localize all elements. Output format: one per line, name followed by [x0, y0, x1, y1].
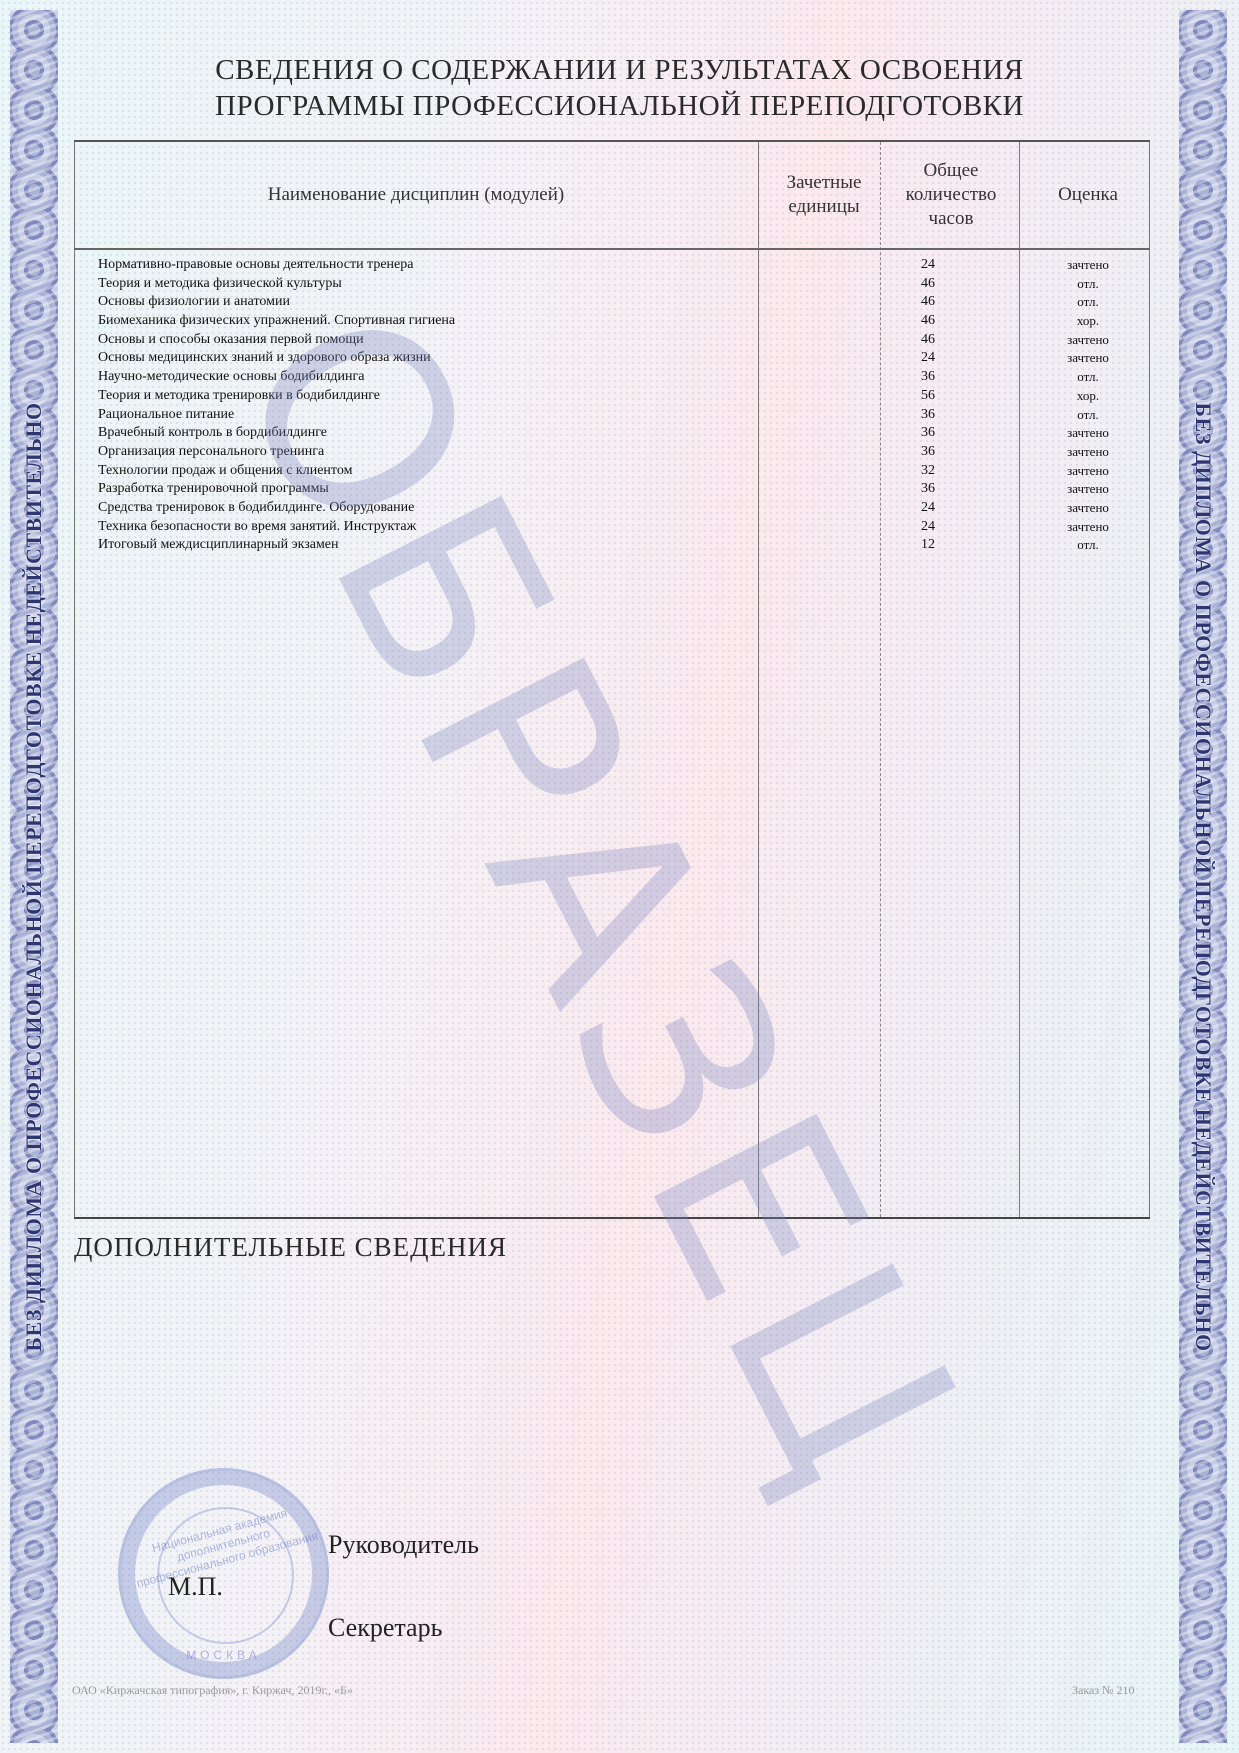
hours-value: 46 [886, 312, 970, 330]
hours-value: 36 [886, 368, 970, 386]
discipline-name: Основы физиологии и анатомии [98, 293, 290, 311]
table-row: Итоговый междисциплинарный экзамен12отл. [74, 536, 1150, 555]
discipline-name: Техника безопасности во время занятий. И… [98, 518, 416, 536]
table-body: Нормативно-правовые основы деятельности … [74, 256, 1150, 555]
table-row: Рациональное питание36отл. [74, 406, 1150, 425]
table-header: Наименование дисциплин (модулей) Зачетны… [74, 142, 1150, 250]
grade-value: отл. [1029, 368, 1147, 386]
order-number: Заказ № 210 [1072, 1683, 1135, 1698]
table-row: Врачебный контроль в бордибилдинге36зачт… [74, 424, 1150, 443]
header-credits: Зачетные единицы [774, 142, 874, 248]
discipline-name: Основы и способы оказания первой помощи [98, 331, 364, 349]
grade-value: хор. [1029, 312, 1147, 330]
table-row: Средства тренировок в бодибилдинге. Обор… [74, 499, 1150, 518]
official-stamp: Национальная академия дополнительного пр… [118, 1468, 329, 1679]
right-security-border: БЕЗ ДИПЛОМА О ПРОФЕССИОНАЛЬНОЙ ПЕРЕПОДГО… [1179, 10, 1227, 1743]
table-row: Основы медицинских знаний и здорового об… [74, 349, 1150, 368]
hours-value: 46 [886, 275, 970, 293]
secretary-signature-label: Секретарь [328, 1613, 442, 1643]
discipline-name: Итоговый междисциплинарный экзамен [98, 536, 339, 554]
grade-value: хор. [1029, 387, 1147, 405]
hours-value: 24 [886, 256, 970, 274]
discipline-name: Нормативно-правовые основы деятельности … [98, 256, 413, 274]
grade-value: зачтено [1029, 256, 1147, 274]
table-row: Техника безопасности во время занятий. И… [74, 518, 1150, 537]
grade-value: отл. [1029, 275, 1147, 293]
discipline-name: Технологии продаж и общения с клиентом [98, 462, 352, 480]
grade-value: зачтено [1029, 518, 1147, 536]
title-line-2: программы профессиональной переподготовк… [0, 88, 1239, 124]
left-security-border: БЕЗ ДИПЛОМА О ПРОФЕССИОНАЛЬНОЙ ПЕРЕПОДГО… [10, 10, 58, 1743]
grade-value: отл. [1029, 293, 1147, 311]
hours-value: 36 [886, 424, 970, 442]
grade-value: зачтено [1029, 331, 1147, 349]
hours-value: 24 [886, 499, 970, 517]
discipline-name: Научно-методические основы бодибилдинга [98, 368, 364, 386]
grade-value: зачтено [1029, 424, 1147, 442]
hours-value: 36 [886, 480, 970, 498]
grade-value: зачтено [1029, 349, 1147, 367]
table-row: Биомеханика физических упражнений. Спорт… [74, 312, 1150, 331]
hours-value: 36 [886, 443, 970, 461]
stamp-city: МОСКВА [121, 1648, 326, 1662]
hours-value: 36 [886, 406, 970, 424]
discipline-name: Организация персонального тренинга [98, 443, 324, 461]
disciplines-table: Наименование дисциплин (модулей) Зачетны… [74, 140, 1150, 1219]
grade-value: зачтено [1029, 462, 1147, 480]
header-hours: Общее количество часов [892, 142, 1010, 248]
table-row: Организация персонального тренинга36зачт… [74, 443, 1150, 462]
discipline-name: Теория и методика физической культуры [98, 275, 342, 293]
hours-value: 32 [886, 462, 970, 480]
table-row: Основы физиологии и анатомии46отл. [74, 293, 1150, 312]
grade-value: зачтено [1029, 443, 1147, 461]
printer-info: ОАО «Киржачская типография», г. Киржач, … [72, 1683, 353, 1698]
additional-info-title: Дополнительные сведения [74, 1232, 507, 1263]
discipline-name: Разработка тренировочной программы [98, 480, 329, 498]
hours-value: 56 [886, 387, 970, 405]
right-border-text: БЕЗ ДИПЛОМА О ПРОФЕССИОНАЛЬНОЙ ПЕРЕПОДГО… [1190, 402, 1216, 1351]
discipline-name: Рациональное питание [98, 406, 234, 424]
table-row: Нормативно-правовые основы деятельности … [74, 256, 1150, 275]
table-row: Научно-методические основы бодибилдинга3… [74, 368, 1150, 387]
grade-value: отл. [1029, 536, 1147, 554]
hours-value: 24 [886, 518, 970, 536]
discipline-name: Средства тренировок в бодибилдинге. Обор… [98, 499, 414, 517]
discipline-name: Врачебный контроль в бордибилдинге [98, 424, 327, 442]
discipline-name: Основы медицинских знаний и здорового об… [98, 349, 431, 367]
table-row: Теория и методика тренировки в бодибилди… [74, 387, 1150, 406]
table-row: Теория и методика физической культуры46о… [74, 275, 1150, 294]
left-border-text: БЕЗ ДИПЛОМА О ПРОФЕССИОНАЛЬНОЙ ПЕРЕПОДГО… [21, 402, 47, 1351]
hours-value: 24 [886, 349, 970, 367]
header-grade: Оценка [1029, 142, 1147, 248]
grade-value: отл. [1029, 406, 1147, 424]
page-title: Сведения о содержании и результатах осво… [0, 52, 1239, 124]
head-signature-label: Руководитель [328, 1530, 479, 1560]
table-row: Технологии продаж и общения с клиентом32… [74, 462, 1150, 481]
seal-place-label: М.П. [168, 1572, 223, 1602]
hours-value: 46 [886, 331, 970, 349]
grade-value: зачтено [1029, 480, 1147, 498]
hours-value: 12 [886, 536, 970, 554]
table-row: Разработка тренировочной программы36зачт… [74, 480, 1150, 499]
table-row: Основы и способы оказания первой помощи4… [74, 331, 1150, 350]
grade-value: зачтено [1029, 499, 1147, 517]
discipline-name: Теория и методика тренировки в бодибилди… [98, 387, 380, 405]
header-name: Наименование дисциплин (модулей) [74, 142, 758, 248]
title-line-1: Сведения о содержании и результатах осво… [0, 52, 1239, 88]
discipline-name: Биомеханика физических упражнений. Спорт… [98, 312, 455, 330]
hours-value: 46 [886, 293, 970, 311]
